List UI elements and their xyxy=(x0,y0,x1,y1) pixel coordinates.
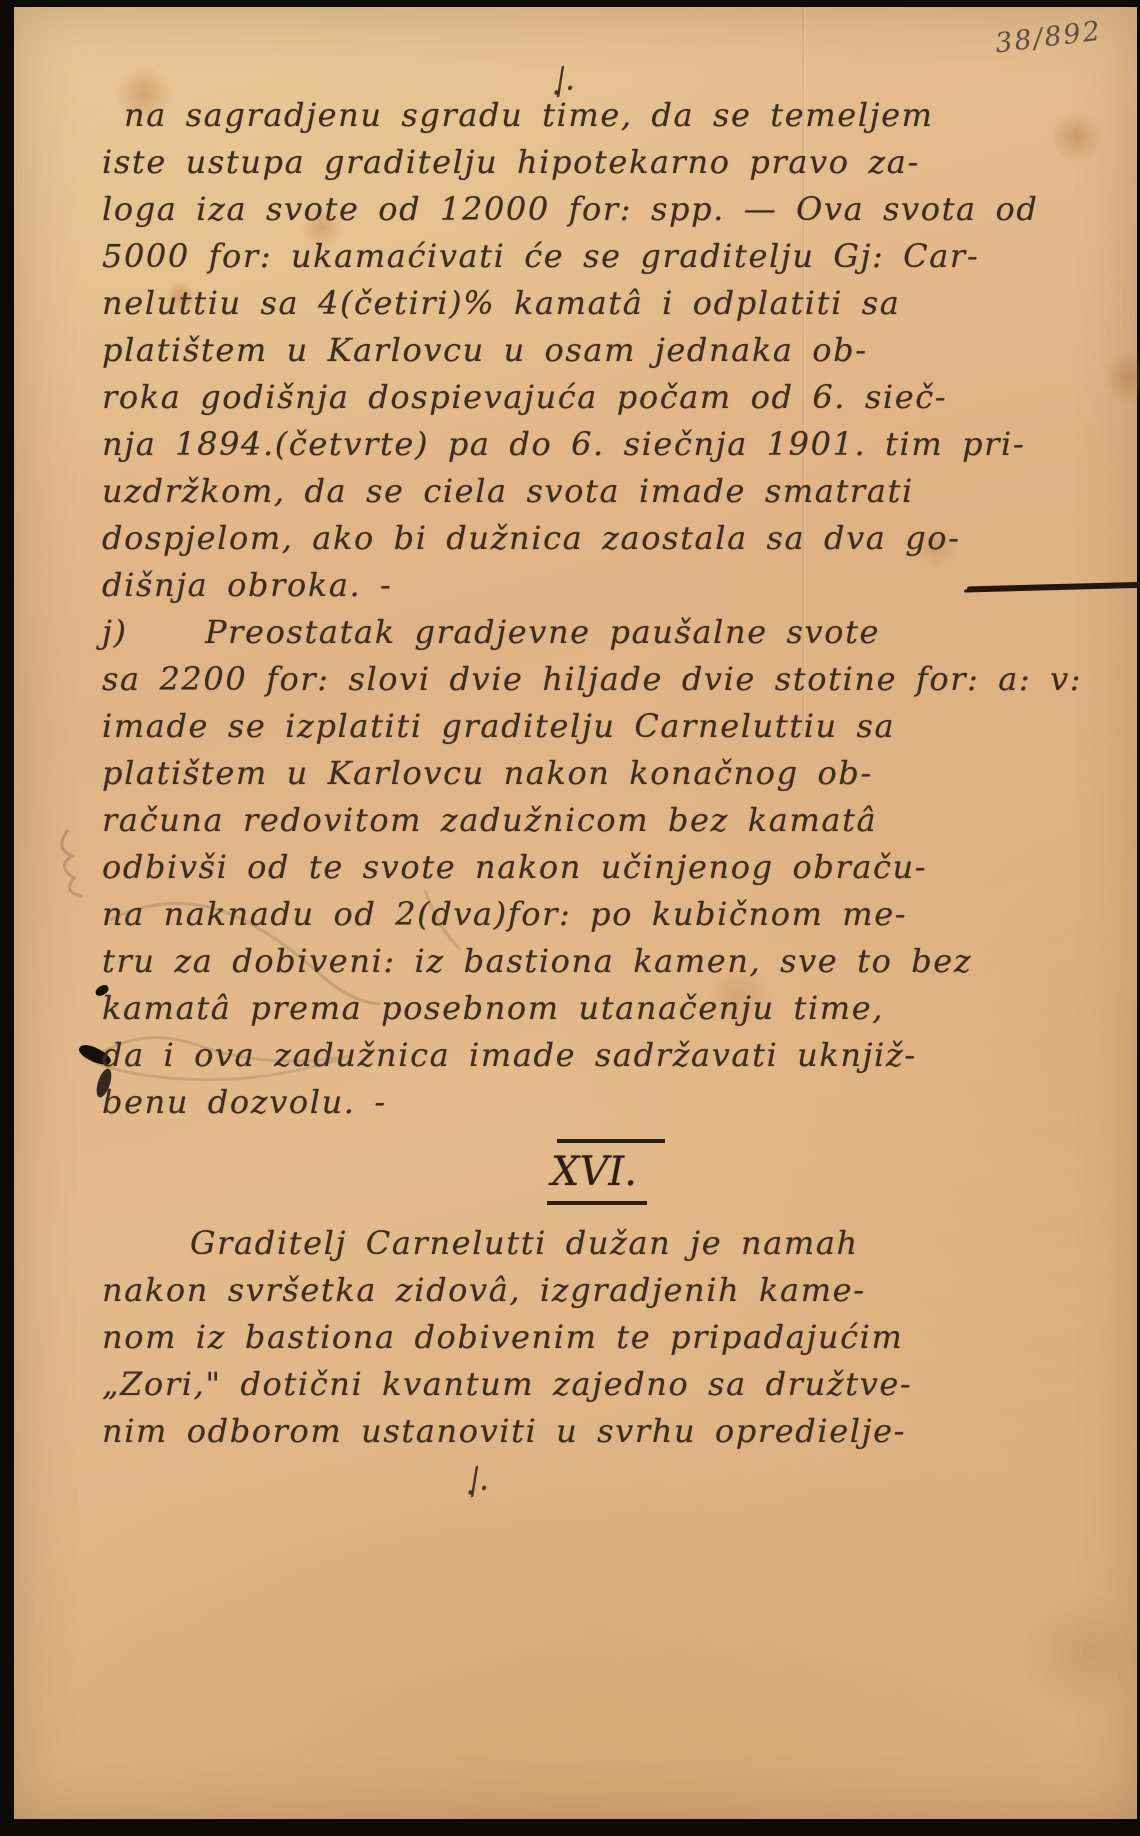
text-line: roka godišnja dospievajuća počam od 6. s… xyxy=(102,374,1092,421)
text-line: sa 2200 for: slovi dvie hiljade dvie sto… xyxy=(102,656,1092,703)
text-line: iste ustupa graditelju hipotekarno pravo… xyxy=(102,139,1092,186)
text-line: dospjelom, ako bi dužnica zaostala sa dv… xyxy=(102,515,1092,562)
text-line: Graditelj Carnelutti dužan je namah xyxy=(102,1220,1092,1267)
foxing-stain xyxy=(1104,347,1140,407)
text-line: na naknadu od 2(dva)for: po kubičnom me- xyxy=(102,891,1092,938)
text-line: neluttiu sa 4(četiri)% kamatâ i odplatit… xyxy=(102,280,1092,327)
text-line: platištem u Karlovcu nakon konačnog ob- xyxy=(102,750,1092,797)
text-line-content: dišnja obroka. - xyxy=(102,566,392,604)
text-line: tru za dobiveni: iz bastiona kamen, sve … xyxy=(102,938,1092,985)
text-line: da i ova zadužnica imade sadržavati uknj… xyxy=(102,1032,1092,1079)
text-line: uzdržkom, da se ciela svota imade smatra… xyxy=(102,468,1092,515)
text-line: kamatâ prema posebnom utanačenju time, xyxy=(102,985,1092,1032)
scanned-document-page: { "document": { "ink_color": "#3e2c1e", … xyxy=(0,0,1140,1836)
text-line: dišnja obroka. - xyxy=(102,562,1092,609)
text-line: loga iza svote od 12000 for: spp. — Ova … xyxy=(102,186,1092,233)
text-line: 5000 for: ukamaćivati će se graditelju G… xyxy=(102,233,1092,280)
text-line: imade se izplatiti graditelju Carnelutti… xyxy=(102,703,1092,750)
text-line: j) Preostatak gradjevne paušalne svote xyxy=(102,609,1092,656)
text-line: nja 1894.(četvrte) pa do 6. siečnja 1901… xyxy=(102,421,1092,468)
section-heading-wrap: XVI. xyxy=(102,1132,1092,1220)
handwritten-text: na sagradjenu sgradu time, da se temelje… xyxy=(102,92,1092,1455)
foxing-stain xyxy=(1024,1587,1140,1717)
text-line: na sagradjenu sgradu time, da se temelje… xyxy=(102,92,1092,139)
text-line: nim odborom ustanoviti u svrhu opredielj… xyxy=(102,1408,1092,1455)
text-line-content: Preostatak gradjevne paušalne svote xyxy=(205,609,880,656)
item-marker: j) xyxy=(102,609,205,656)
text-line: benu dozvolu. - xyxy=(102,1079,1092,1126)
text-line: platištem u Karlovcu u osam jednaka ob- xyxy=(102,327,1092,374)
text-line: računa redovitom zadužnicom bez kamatâ xyxy=(102,797,1092,844)
text-line: nom iz bastiona dobivenim te pripadajući… xyxy=(102,1314,1092,1361)
text-line: odbivši od te svote nakon učinjenog obra… xyxy=(102,844,1092,891)
text-line: nakon svršetka zidovâ, izgradjenih kame- xyxy=(102,1267,1092,1314)
text-line: „Zori," dotični kvantum zajedno sa družt… xyxy=(102,1361,1092,1408)
section-heading: XVI. xyxy=(547,1147,647,1205)
